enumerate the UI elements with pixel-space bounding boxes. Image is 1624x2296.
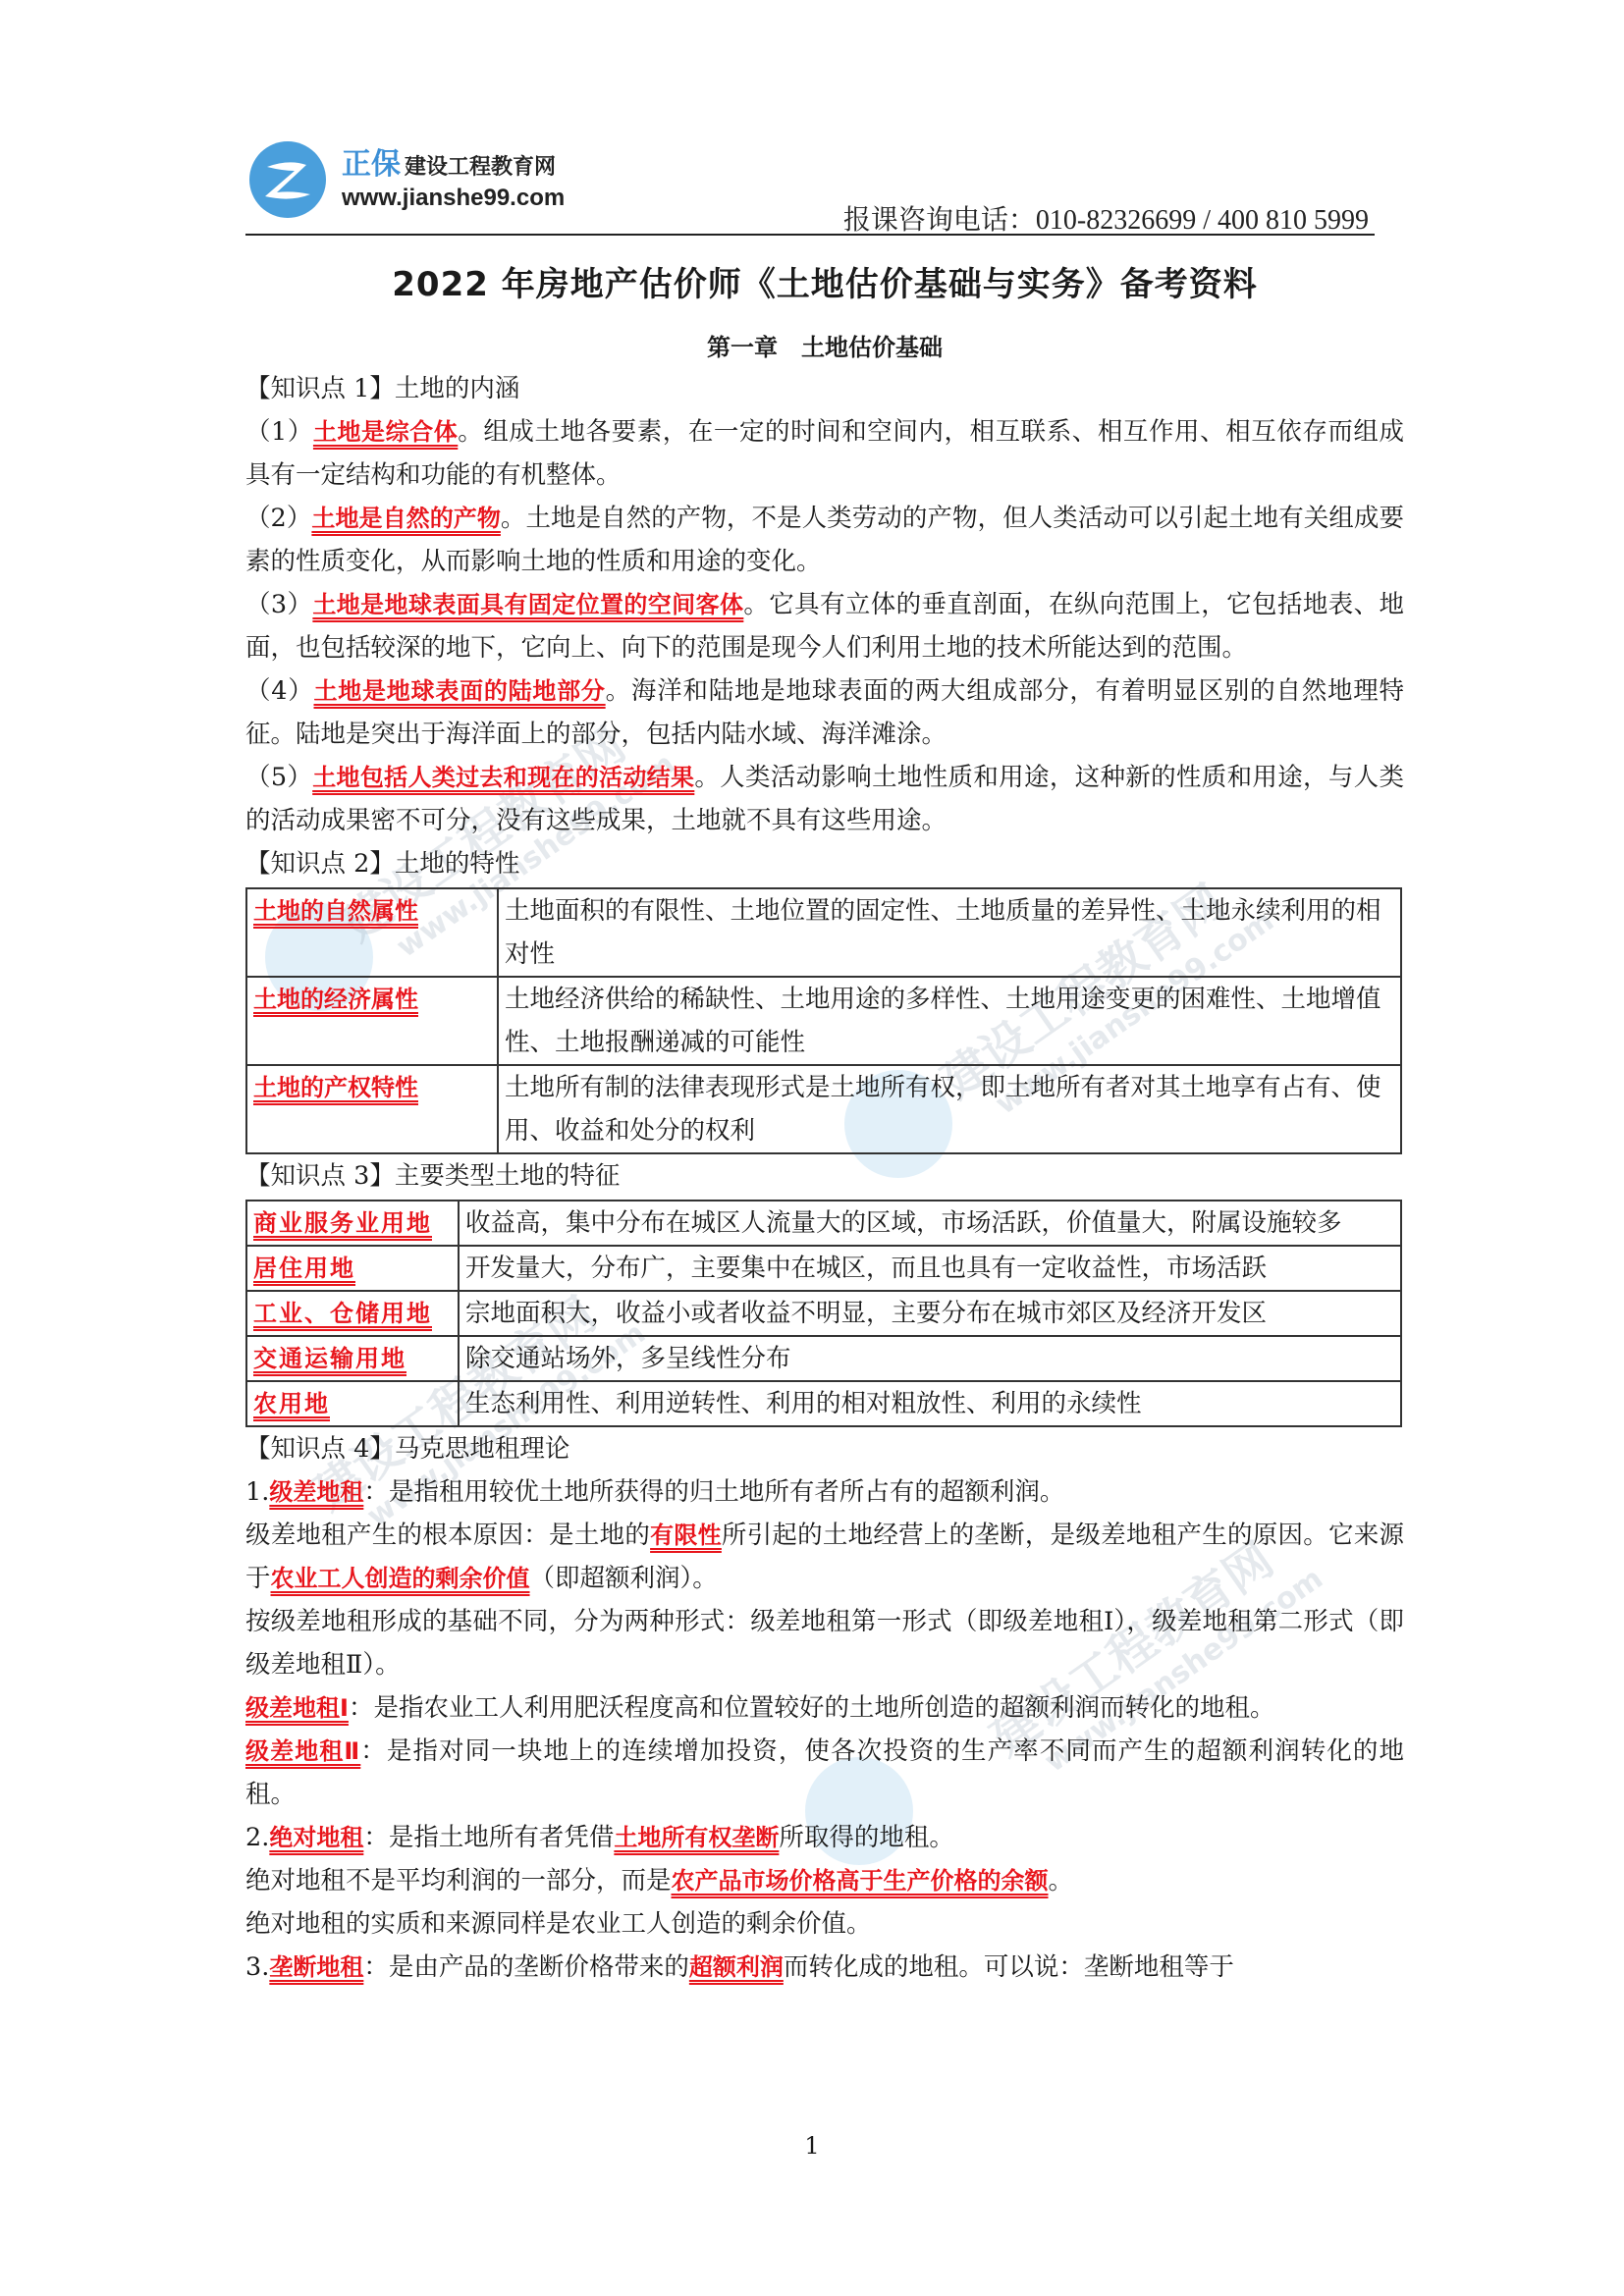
document-title: 2022 年房地产估价师《土地估价基础与实务》备考资料 xyxy=(245,257,1404,305)
key-term: 土地所有权垄断 xyxy=(614,1824,779,1851)
key-term: 级差地租 xyxy=(269,1478,363,1506)
key-term: 土地是地球表面具有固定位置的空间客体 xyxy=(312,591,743,618)
row-key: 农用地 xyxy=(253,1390,330,1417)
key-term: 农业工人创造的剩余价值 xyxy=(271,1565,530,1592)
brand-logo-icon xyxy=(245,135,332,222)
kp4-paragraph: 级差地租Ⅱ：是指对同一块地上的连续增加投资，使各次投资的生产率不同而产生的超额利… xyxy=(245,1730,1404,1816)
page-number: 1 xyxy=(0,2132,1624,2160)
row-key: 土地的经济属性 xyxy=(253,986,418,1013)
row-key: 商业服务业用地 xyxy=(253,1209,432,1237)
row-value: 宗地面积大，收益小或者收益不明显，主要分布在城市郊区及经济开发区 xyxy=(459,1291,1401,1336)
kp2-heading: 【知识点 2】土地的特性 xyxy=(245,842,1404,885)
land-properties-table: 土地的自然属性 土地面积的有限性、土地位置的固定性、土地质量的差异性、土地永续利… xyxy=(245,887,1402,1154)
table-row: 工业、仓储用地 宗地面积大，收益小或者收益不明显，主要分布在城市郊区及经济开发区 xyxy=(246,1291,1401,1336)
z-logo-icon xyxy=(249,141,326,218)
header-divider xyxy=(245,234,1375,236)
table-row: 商业服务业用地 收益高，集中分布在城区人流量大的区域，市场活跃，价值量大，附属设… xyxy=(246,1201,1401,1246)
table-row: 土地的自然属性 土地面积的有限性、土地位置的固定性、土地质量的差异性、土地永续利… xyxy=(246,888,1401,977)
row-key: 居住用地 xyxy=(253,1255,355,1282)
kp4-paragraph: 级差地租Ⅰ：是指农业工人利用肥沃程度高和位置较好的土地所创造的超额利润而转化的地… xyxy=(245,1686,1404,1730)
kp1-item: （4）土地是地球表面的陆地部分。海洋和陆地是地球表面的两大组成部分，有着明显区别… xyxy=(245,669,1404,756)
kp4-paragraph: 绝对地租不是平均利润的一部分，而是农产品市场价格高于生产价格的余额。 xyxy=(245,1859,1404,1902)
key-term: 垄断地租 xyxy=(269,1953,363,1981)
land-types-table: 商业服务业用地 收益高，集中分布在城区人流量大的区域，市场活跃，价值量大，附属设… xyxy=(245,1200,1402,1427)
key-term: 农产品市场价格高于生产价格的余额 xyxy=(672,1867,1049,1895)
kp1-item: （3）土地是地球表面具有固定位置的空间客体。它具有立体的垂直剖面，在纵向范围上，… xyxy=(245,583,1404,669)
row-key: 工业、仓储用地 xyxy=(253,1300,432,1327)
kp4-paragraph: 1.级差地租：是指租用较优土地所获得的归土地所有者所占有的超额利润。 xyxy=(245,1470,1404,1514)
brand-name: 正保建设工程教育网 xyxy=(342,139,556,183)
row-value: 开发量大，分布广，主要集中在城区，而且也具有一定收益性，市场活跃 xyxy=(459,1246,1401,1291)
row-value: 土地面积的有限性、土地位置的固定性、土地质量的差异性、土地永续利用的相对性 xyxy=(498,888,1401,977)
brand-sub: 建设工程教育网 xyxy=(405,155,556,180)
kp3-heading: 【知识点 3】主要类型土地的特征 xyxy=(245,1154,1404,1198)
table-row: 交通运输用地 除交通站场外，多呈线性分布 xyxy=(246,1336,1401,1381)
row-value: 土地所有制的法律表现形式是土地所有权，即土地所有者对其土地享有占有、使用、收益和… xyxy=(498,1065,1401,1153)
row-value: 生态利用性、利用逆转性、利用的相对粗放性、利用的永续性 xyxy=(459,1381,1401,1426)
kp1-item: （1）土地是综合体。组成土地各要素，在一定的时间和空间内，相互联系、相互作用、相… xyxy=(245,410,1404,497)
chapter-title: 第一章土地估价基础 xyxy=(245,328,1404,362)
row-value: 除交通站场外，多呈线性分布 xyxy=(459,1336,1401,1381)
table-row: 土地的经济属性 土地经济供给的稀缺性、土地用途的多样性、土地用途变更的困难性、土… xyxy=(246,977,1401,1065)
row-key: 交通运输用地 xyxy=(253,1345,406,1372)
row-value: 土地经济供给的稀缺性、土地用途的多样性、土地用途变更的困难性、土地增值性、土地报… xyxy=(498,977,1401,1065)
table-row: 居住用地 开发量大，分布广，主要集中在城区，而且也具有一定收益性，市场活跃 xyxy=(246,1246,1401,1291)
key-term: 有限性 xyxy=(650,1522,722,1549)
kp1-item: （5）土地包括人类过去和现在的活动结果。人类活动影响土地性质和用途，这种新的性质… xyxy=(245,756,1404,842)
kp4-paragraph: 绝对地租的实质和来源同样是农业工人创造的剩余价值。 xyxy=(245,1902,1404,1946)
page-header: 正保建设工程教育网 www.jianshe99.com 报课咨询电话：010-8… xyxy=(245,128,1404,238)
document-page: 建设工程教育网www.jianshe99.com 建设工程教育网www.jian… xyxy=(0,0,1624,2296)
key-term: 绝对地租 xyxy=(269,1824,363,1851)
row-value: 收益高，集中分布在城区人流量大的区域，市场活跃，价值量大，附属设施较多 xyxy=(459,1201,1401,1246)
brand-url: www.jianshe99.com xyxy=(342,185,565,212)
key-term: 级差地租Ⅱ xyxy=(245,1737,360,1765)
hotline-text: 报课咨询电话：010-82326699 / 400 810 5999 xyxy=(843,198,1369,238)
key-term: 级差地租Ⅰ xyxy=(245,1694,349,1722)
table-row: 农用地 生态利用性、利用逆转性、利用的相对粗放性、利用的永续性 xyxy=(246,1381,1401,1426)
kp4-paragraph: 2.绝对地租：是指土地所有者凭借土地所有权垄断所取得的地租。 xyxy=(245,1816,1404,1859)
row-key: 土地的产权特性 xyxy=(253,1074,418,1101)
key-term: 土地是综合体 xyxy=(313,418,458,446)
brand-main: 正保 xyxy=(342,147,401,182)
chapter-name: 土地估价基础 xyxy=(801,334,943,361)
kp1-item: （2）土地是自然的产物。土地是自然的产物，不是人类劳动的产物，但人类活动可以引起… xyxy=(245,497,1404,583)
kp4-paragraph: 按级差地租形成的基础不同，分为两种形式：级差地租第一形式（即级差地租Ⅰ），级差地… xyxy=(245,1600,1404,1686)
kp4-paragraph: 3.垄断地租：是由产品的垄断价格带来的超额利润而转化成的地租。可以说：垄断地租等… xyxy=(245,1946,1404,1989)
kp4-heading: 【知识点 4】马克思地租理论 xyxy=(245,1427,1404,1470)
key-term: 土地是地球表面的陆地部分 xyxy=(314,677,606,705)
key-term: 土地包括人类过去和现在的活动结果 xyxy=(312,764,694,791)
key-term: 土地是自然的产物 xyxy=(311,505,500,532)
row-key: 土地的自然属性 xyxy=(253,897,418,925)
document-body: 【知识点 1】土地的内涵 （1）土地是综合体。组成土地各要素，在一定的时间和空间… xyxy=(245,367,1404,1989)
chapter-number: 第一章 xyxy=(707,334,778,361)
table-row: 土地的产权特性 土地所有制的法律表现形式是土地所有权，即土地所有者对其土地享有占… xyxy=(246,1065,1401,1153)
kp1-heading: 【知识点 1】土地的内涵 xyxy=(245,367,1404,410)
key-term: 超额利润 xyxy=(689,1953,784,1981)
kp4-paragraph: 级差地租产生的根本原因：是土地的有限性所引起的土地经营上的垄断，是级差地租产生的… xyxy=(245,1514,1404,1600)
